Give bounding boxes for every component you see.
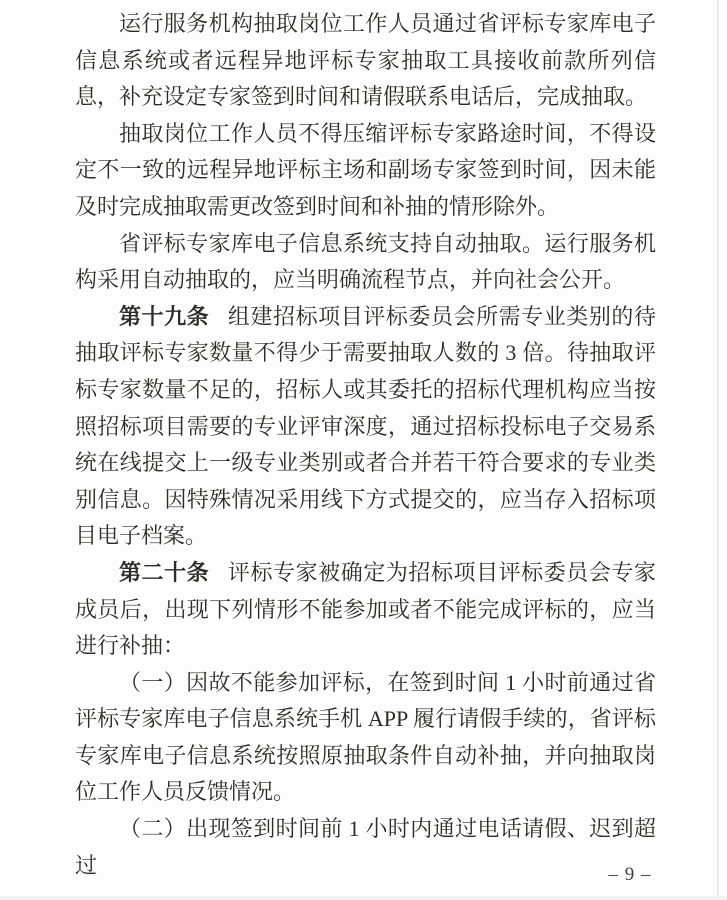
paragraph-text: 省评标专家库电子信息系统支持自动抽取。运行服务机构采用自动抽取的，应当明确流程节… bbox=[75, 231, 656, 293]
article-number-heading: 第二十条 bbox=[119, 560, 209, 585]
paragraph-text: 运行服务机构抽取岗位工作人员通过省评标专家库电子信息系统或者远程异地评标专家抽取… bbox=[75, 11, 656, 109]
body-paragraph-item-1: （一）因故不能参加评标，在签到时间 1 小时前通过省评标专家库电子信息系统手机 … bbox=[75, 665, 656, 811]
body-paragraph-item-2: （二）出现签到时间前 1 小时内通过电话请假、迟到超过 bbox=[75, 811, 656, 884]
document-body: 运行服务机构抽取岗位工作人员通过省评标专家库电子信息系统或者远程异地评标专家抽取… bbox=[75, 6, 656, 884]
body-paragraph: 抽取岗位工作人员不得压缩评标专家路途时间，不得设定不一致的远程异地评标主场和副场… bbox=[75, 116, 656, 226]
scan-edge-artifact bbox=[717, 0, 719, 900]
scan-bottom-edge bbox=[0, 896, 727, 900]
body-paragraph: 运行服务机构抽取岗位工作人员通过省评标专家库电子信息系统或者远程异地评标专家抽取… bbox=[75, 6, 656, 116]
paragraph-text: 组建招标项目评标委员会所需专业类别的待抽取评标专家数量不得少于需要抽取人数的 3… bbox=[75, 304, 656, 549]
article-number-heading: 第十九条 bbox=[119, 304, 209, 329]
body-paragraph-article-20: 第二十条评标专家被确定为招标项目评标委员会专家成员后，出现下列情形不能参加或者不… bbox=[75, 555, 656, 665]
page-number: – 9 – bbox=[600, 864, 660, 886]
body-paragraph-article-19: 第十九条组建招标项目评标委员会所需专业类别的待抽取评标专家数量不得少于需要抽取人… bbox=[75, 299, 656, 555]
paragraph-text: （一）因故不能参加评标，在签到时间 1 小时前通过省评标专家库电子信息系统手机 … bbox=[75, 670, 656, 805]
paragraph-text: （二）出现签到时间前 1 小时内通过电话请假、迟到超过 bbox=[75, 816, 656, 878]
document-page: 运行服务机构抽取岗位工作人员通过省评标专家库电子信息系统或者远程异地评标专家抽取… bbox=[0, 0, 727, 900]
body-paragraph: 省评标专家库电子信息系统支持自动抽取。运行服务机构采用自动抽取的，应当明确流程节… bbox=[75, 226, 656, 299]
paragraph-text: 抽取岗位工作人员不得压缩评标专家路途时间，不得设定不一致的远程异地评标主场和副场… bbox=[75, 121, 656, 219]
